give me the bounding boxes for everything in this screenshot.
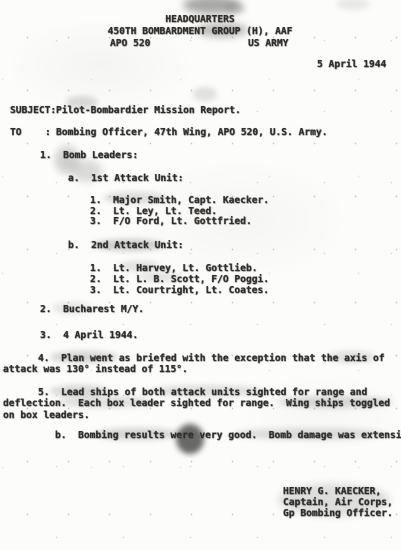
unit-b-item: 3. Lt. Courtright, Lt. Coates. bbox=[90, 286, 269, 296]
paragraph-5-line-2: deflection. Each box leader sighted for … bbox=[3, 399, 390, 409]
unit-b-item: 1. Lt. Harvey, Lt. Gottlieb. bbox=[90, 264, 258, 274]
paragraph-5-line-1: 5. Lead ships of both attack units sight… bbox=[38, 388, 367, 398]
letterhead-headquarters: HEADQUARTERS bbox=[105, 15, 295, 25]
paragraph-1-bomb-leaders: 1. Bomb Leaders: bbox=[40, 151, 138, 161]
ink-smudge bbox=[225, 3, 245, 14]
signature-name: HENRY G. KAECKER, bbox=[283, 487, 381, 497]
ink-smudge bbox=[193, 87, 217, 101]
unit-a-item: 1. Major Smith, Capt. Kaecker. bbox=[90, 196, 269, 206]
to-colon: : bbox=[45, 128, 51, 138]
unit-b-item: 2. Lt. L. B. Scott, F/O Poggi. bbox=[90, 275, 269, 285]
signature-rank: Captain, Air Corps, bbox=[283, 498, 393, 508]
signature-title: Gp Bombing Officer. bbox=[283, 509, 393, 519]
paragraph-2-target: 2. Bucharest M/Y. bbox=[40, 305, 144, 315]
unit-a-heading: a. 1st Attack Unit: bbox=[68, 174, 184, 184]
unit-a-item: 3. F/O Ford, Lt. Gottfried. bbox=[90, 217, 252, 227]
paragraph-4-line-2: attack was 130° instead of 115°. bbox=[3, 365, 188, 375]
paragraph-3-date: 3. 4 April 1944. bbox=[40, 331, 138, 341]
to-label: TO bbox=[10, 128, 22, 138]
scanned-document: HEADQUARTERS 450TH BOMBARDMENT GROUP (H)… bbox=[0, 0, 401, 550]
subject-label: SUBJECT: bbox=[10, 106, 56, 116]
document-date: 5 April 1944 bbox=[317, 60, 386, 70]
letterhead-apo: APO 520 bbox=[110, 39, 150, 49]
subject-value: Pilot-Bombardier Mission Report. bbox=[56, 106, 241, 116]
letterhead-army: US ARMY bbox=[248, 39, 288, 49]
to-value: Bombing Officer, 47th Wing, APO 520, U.S… bbox=[56, 128, 327, 138]
ink-smudge bbox=[336, 0, 370, 10]
paragraph-4-line-1: 4. Plan went as briefed with the excepti… bbox=[38, 354, 385, 364]
letterhead-group: 450TH BOMBARDMENT GROUP (H), AAF bbox=[105, 27, 295, 37]
unit-b-heading: b. 2nd Attack Unit: bbox=[68, 241, 184, 251]
paragraph-5-line-3: on box leaders. bbox=[3, 411, 90, 421]
paragraph-b-results: b. Bombing results were very good. Bomb … bbox=[55, 431, 401, 441]
ink-smudge bbox=[183, 0, 241, 14]
